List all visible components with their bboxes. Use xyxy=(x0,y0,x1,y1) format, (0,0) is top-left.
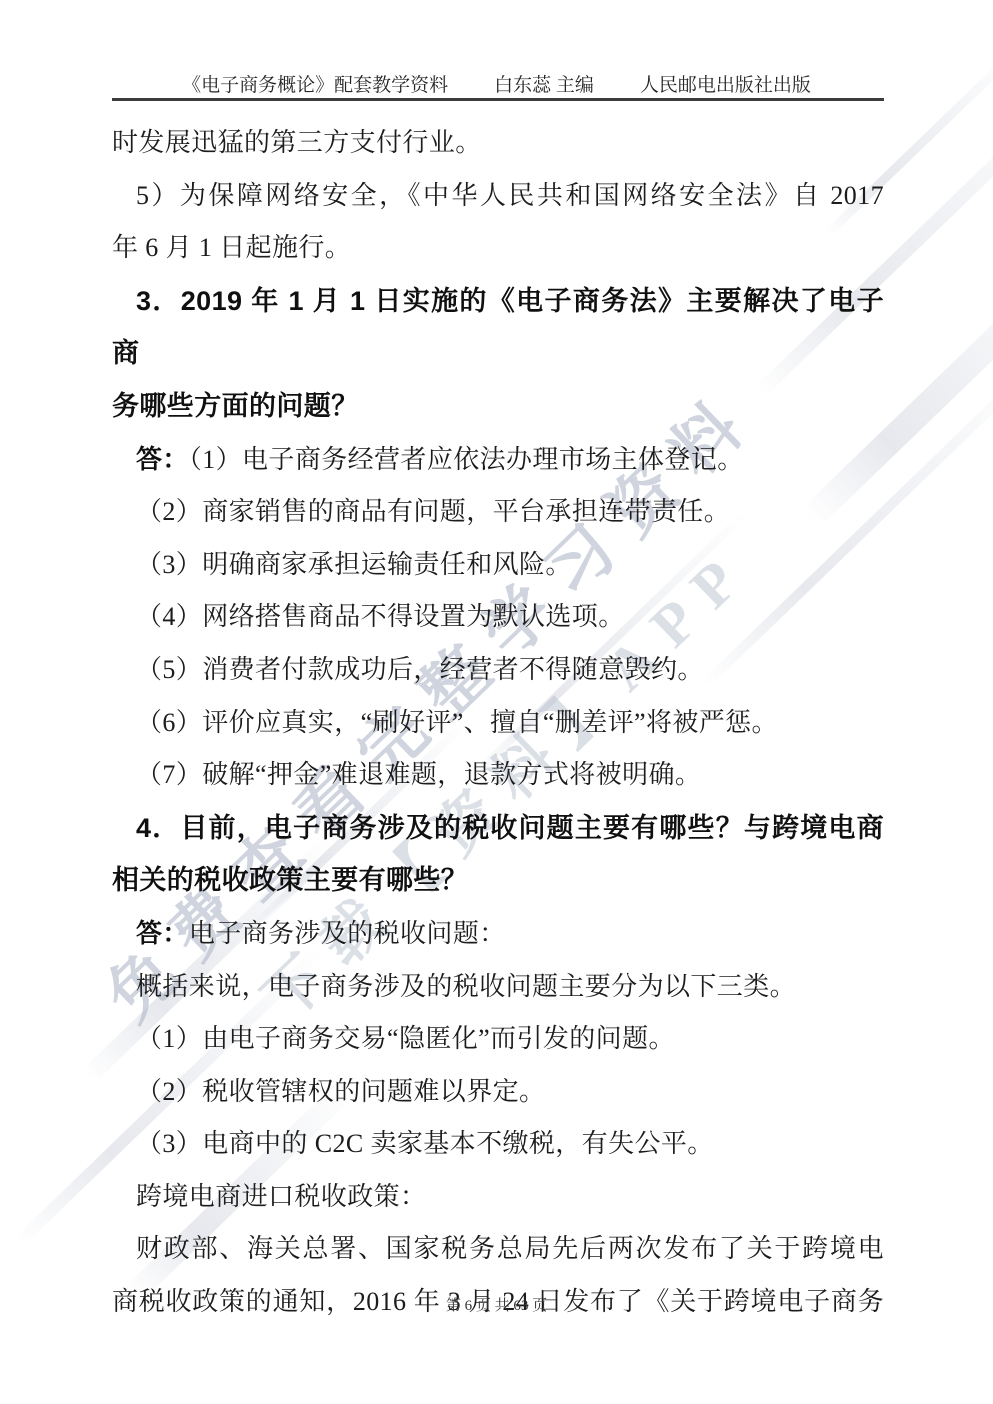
text-line: （2）商家销售的商品有问题，平台承担连带责任。 xyxy=(112,486,884,539)
text-line: （5）消费者付款成功后，经营者不得随意毁约。 xyxy=(112,644,884,697)
header-editor: 白东蕊 主编 xyxy=(494,70,594,97)
answer-prefix: 答： xyxy=(136,444,189,474)
page-footer: 第 6 页 共 63 页 xyxy=(0,1294,993,1315)
text-line: 答：（1）电子商务经营者应依法办理市场主体登记。 xyxy=(112,433,884,487)
text-line: （3）电商中的 C2C 卖家基本不缴税，有失公平。 xyxy=(112,1118,884,1171)
text-line: 5）为保障网络安全，《中华人民共和国网络安全法》自 2017 xyxy=(112,170,884,223)
answer-prefix: 答： xyxy=(136,918,189,948)
text-line: （2）税收管辖权的问题难以界定。 xyxy=(112,1066,884,1119)
text-line: 3．2019 年 1 月 1 日实施的《电子商务法》主要解决了电子商 xyxy=(112,275,884,380)
text-line: 跨境电商进口税收政策： xyxy=(112,1171,884,1224)
text-line: 务哪些方面的问题？ xyxy=(112,380,884,433)
page-number: 第 6 页 共 63 页 xyxy=(446,1298,547,1314)
text-line: 时发展迅猛的第三方支付行业。 xyxy=(112,117,884,170)
header-rule xyxy=(112,98,884,101)
header-book-title: 《电子商务概论》配套教学资料 xyxy=(182,70,448,97)
text-line: （4）网络搭售商品不得设置为默认选项。 xyxy=(112,591,884,644)
text-line: （6）评价应真实，“刷好评”、擅自“删差评”将被严惩。 xyxy=(112,697,884,750)
text-line: 4．目前，电子商务涉及的税收问题主要有哪些？与跨境电商 xyxy=(112,802,884,855)
text-line: （1）由电子商务交易“隐匿化”而引发的问题。 xyxy=(112,1013,884,1066)
document-page: 免费查看完整学习资料 下载【资料】APP 《电子商务概论》配套教学资料 白东蕊 … xyxy=(0,0,993,1404)
page-header: 《电子商务概论》配套教学资料 白东蕊 主编 人民邮电出版社出版 xyxy=(0,70,993,97)
text-line: 财政部、海关总署、国家税务总局先后两次发布了关于跨境电 xyxy=(112,1223,884,1276)
document-body: 时发展迅猛的第三方支付行业。5）为保障网络安全，《中华人民共和国网络安全法》自 … xyxy=(112,117,884,1329)
text-line: 年 6 月 1 日起施行。 xyxy=(112,222,884,275)
text-line: （3）明确商家承担运输责任和风险。 xyxy=(112,539,884,592)
text-line: 答：电子商务涉及的税收问题： xyxy=(112,907,884,961)
text-line: 相关的税收政策主要有哪些？ xyxy=(112,854,884,907)
header-publisher: 人民邮电出版社出版 xyxy=(640,70,811,97)
text-line: 概括来说，电子商务涉及的税收问题主要分为以下三类。 xyxy=(112,961,884,1014)
text-line: （7）破解“押金”难退难题，退款方式将被明确。 xyxy=(112,749,884,802)
